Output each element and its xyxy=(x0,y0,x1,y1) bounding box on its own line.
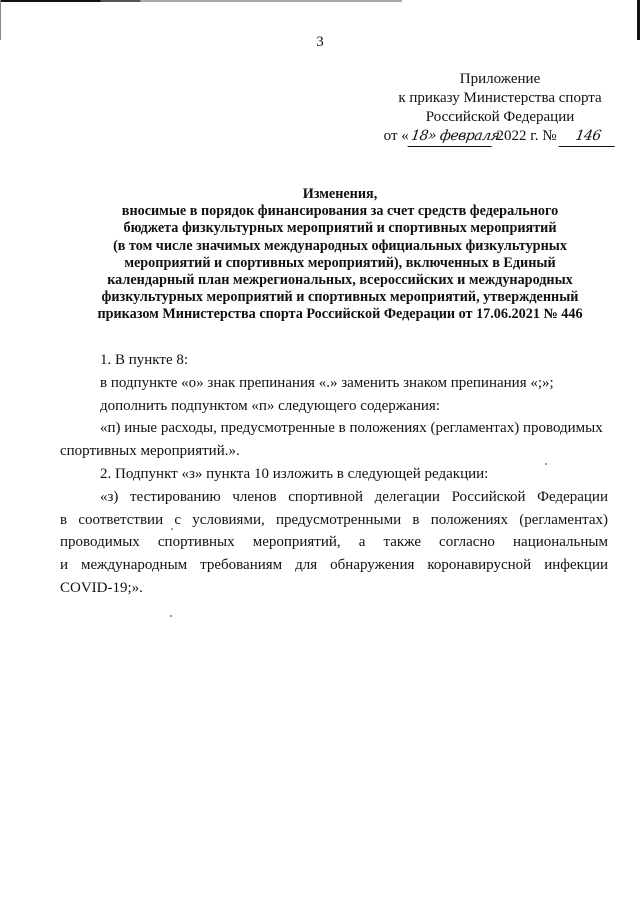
item-2-quote-line: «з) тестированию членов спортивной делег… xyxy=(60,486,608,509)
document-title: Изменения, вносимые в порядок финансиров… xyxy=(60,186,620,324)
scan-speck xyxy=(545,463,547,465)
item-2-quote-line: COVID-19;». xyxy=(60,577,608,600)
scan-speck xyxy=(171,528,173,530)
title-line: физкультурных мероприятий и спортивных м… xyxy=(60,289,620,306)
item-2-quote-line: и международным требованиям для обнаруже… xyxy=(60,554,608,577)
item-1-quote-line: спортивных мероприятий.». xyxy=(60,440,608,463)
title-heading: Изменения, xyxy=(60,186,620,203)
title-line: (в том числе значимых международных офиц… xyxy=(60,238,620,255)
item-1-quote-line: «п) иные расходы, предусмотренные в поло… xyxy=(60,417,608,440)
title-line: календарный план межрегиональных, всерос… xyxy=(60,272,620,289)
title-line: приказом Министерства спорта Российской … xyxy=(60,306,620,323)
handwritten-order-number: 146 xyxy=(559,127,618,147)
title-line: вносимые в порядок финансирования за сче… xyxy=(60,203,620,220)
appendix-order-ref: к приказу Министерства спорта xyxy=(360,89,640,108)
item-1-subpoint-add: дополнить подпунктом «п» следующего соде… xyxy=(60,395,608,418)
from-label: от « xyxy=(384,128,409,144)
item-1-subpoint-o: в подпункте «о» знак препинания «.» заме… xyxy=(60,372,608,395)
scan-edge-top xyxy=(0,0,402,2)
title-line: бюджета физкультурных мероприятий и спор… xyxy=(60,220,620,237)
appendix-label: Приложение xyxy=(360,70,640,89)
appendix-date-number-line: от «18» февраля 2022 г. № 146 xyxy=(360,127,640,147)
title-line: мероприятий и спортивных мероприятий), в… xyxy=(60,255,620,272)
appendix-header: Приложение к приказу Министерства спорта… xyxy=(360,70,640,147)
handwritten-date: 18» февраля xyxy=(407,127,494,147)
document-body: 1. В пункте 8: в подпункте «о» знак преп… xyxy=(60,349,608,600)
item-2-heading: 2. Подпункт «з» пункта 10 изложить в сле… xyxy=(60,463,608,486)
scan-speck xyxy=(170,615,172,617)
page-number: 3 xyxy=(0,34,640,51)
item-2-quote-line: проводимых спортивных мероприятий, а так… xyxy=(60,531,608,554)
item-2-quote-line: в соответствии с условиями, предусмотрен… xyxy=(60,509,608,532)
item-1-heading: 1. В пункте 8: xyxy=(60,349,608,372)
year-number-label: 2022 г. № xyxy=(493,128,561,144)
appendix-federation: Российской Федерации xyxy=(360,108,640,127)
